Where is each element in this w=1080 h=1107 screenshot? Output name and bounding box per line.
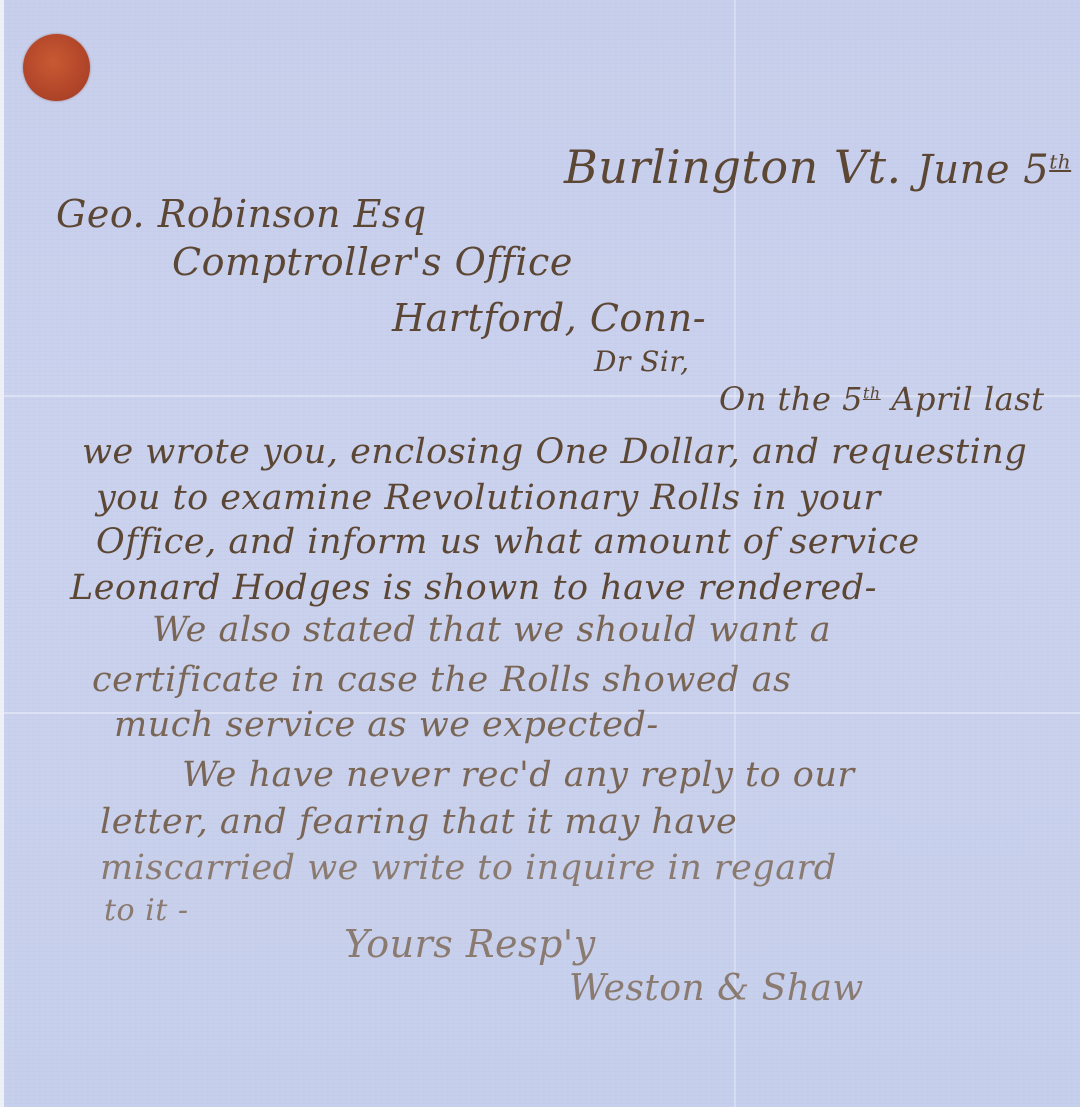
salutation: Dr Sir, [594,345,690,378]
body-line: Office, and inform us what amount of ser… [96,522,920,562]
body-line: you to examine Revolutionary Rolls in yo… [96,478,881,518]
body-opening: On the 5th April last [719,380,1044,418]
body-line: letter, and fearing that it may have [100,802,737,842]
body-line: certificate in case the Rolls showed as [92,660,791,700]
body-line: We have never rec'd any reply to our [182,755,855,795]
addressee-location: Hartford, Conn- [392,296,706,340]
body-line: miscarried we write to inquire in regard [100,848,837,888]
signature: Weston & Shaw [569,968,864,1009]
closing: Yours Resp'y [344,922,596,966]
addressee-name: Geo. Robinson Esq [56,192,427,236]
dateline-date: June 5th 1855 [917,147,1080,193]
letter-page: Burlington Vt. June 5th 1855 Geo. Robins… [0,0,1080,1107]
body-line: to it - [104,893,188,928]
wax-seal-icon [23,34,90,101]
body-line: Leonard Hodges is shown to have rendered… [70,568,877,608]
dateline-place: Burlington Vt. [564,140,902,194]
body-line: much service as we expected- [114,705,659,745]
body-line: We also stated that we should want a [152,610,831,650]
addressee-office: Comptroller's Office [172,240,573,284]
body-line: we wrote you, enclosing One Dollar, and … [82,432,1027,472]
dateline: Burlington Vt. June 5th 1855 [564,140,1080,194]
